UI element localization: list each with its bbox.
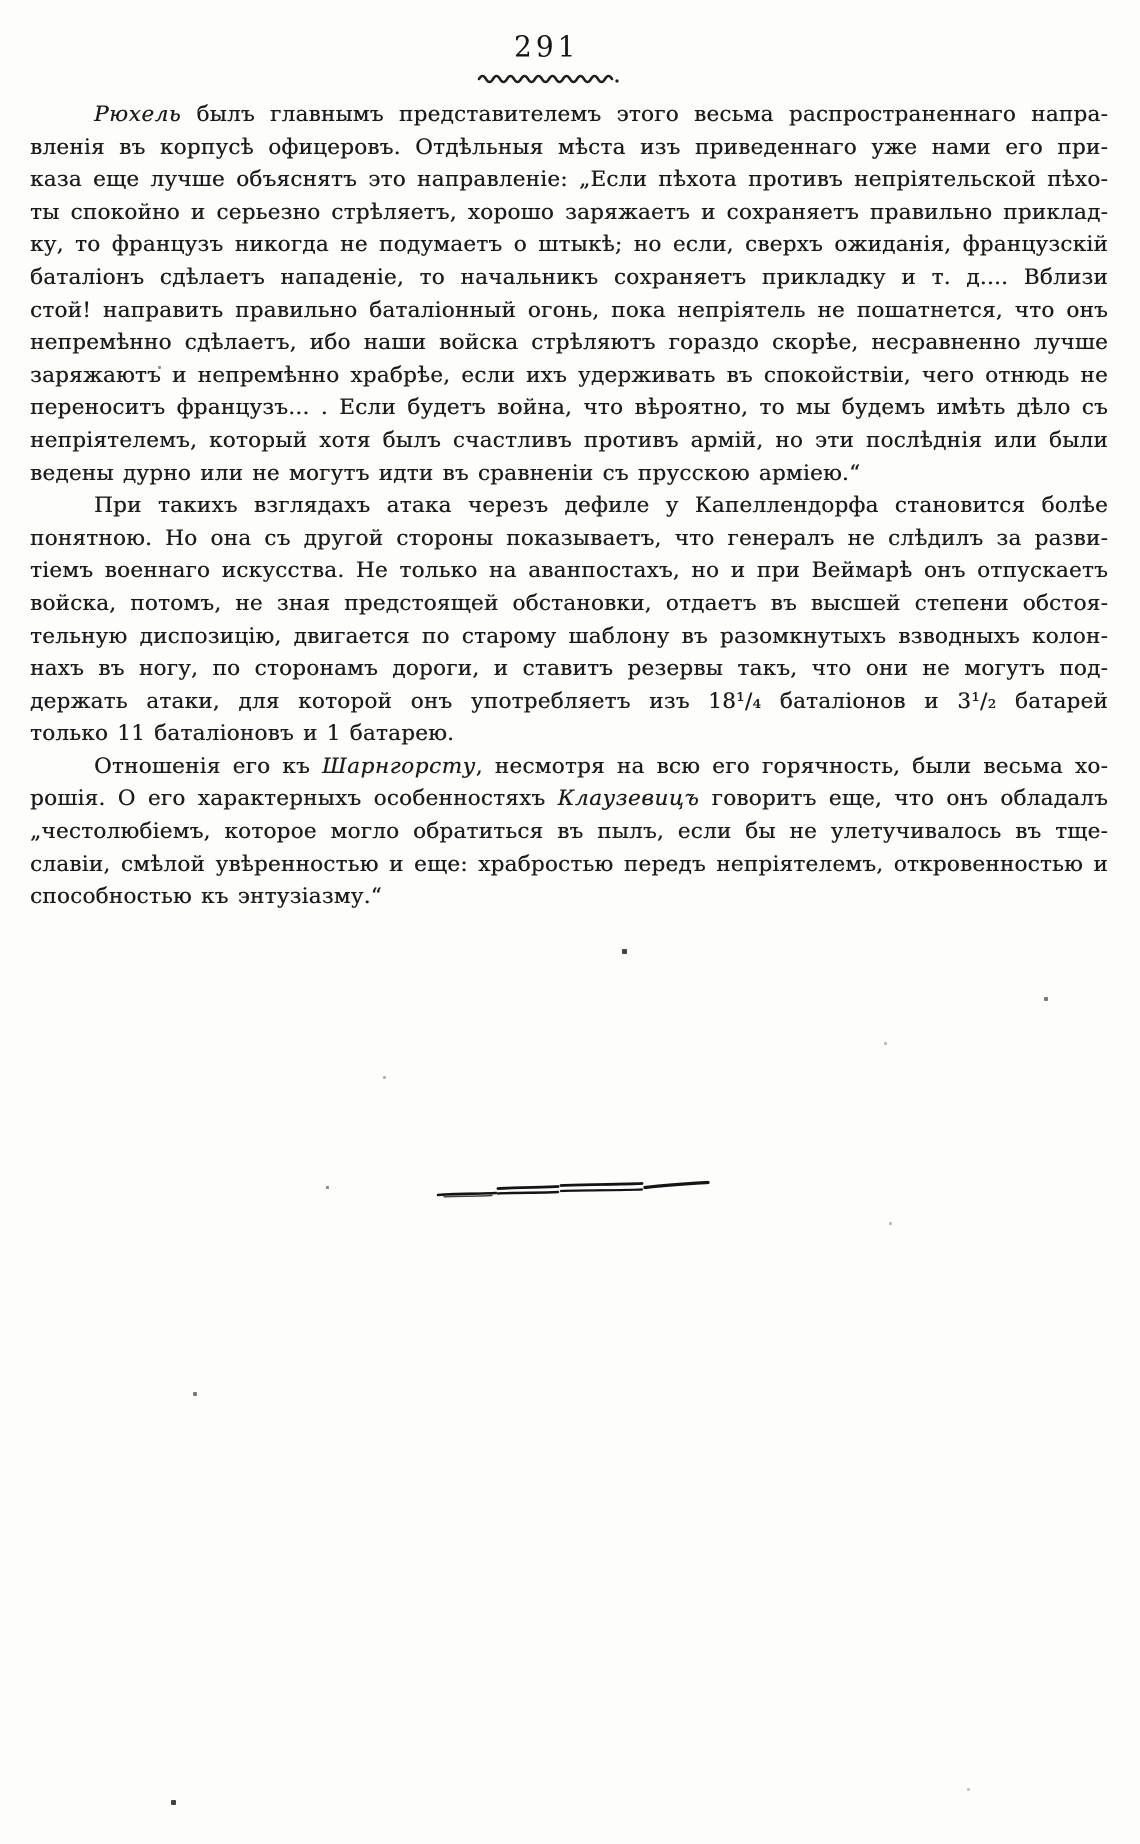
- text-line: каза еще лучше объяснятъ это направленіе…: [30, 164, 1108, 197]
- scan-speck: [158, 366, 161, 369]
- scan-speck: [171, 1800, 176, 1805]
- book-page-scan: 291 Рюхель былъ главнымъ представителемъ…: [0, 0, 1140, 1844]
- text-run: рошія. О его характерныхъ особенностяхъ: [30, 786, 558, 811]
- text-run: былъ главнымъ представителемъ этого весь…: [181, 102, 1108, 127]
- italic-run: Клаузевицъ: [558, 786, 700, 811]
- section-end-rule: [434, 1178, 714, 1202]
- text-line: „честолюбіемъ, которое могло обратиться …: [30, 816, 1108, 849]
- text-run: „честолюбіемъ, которое могло обратиться …: [30, 819, 1108, 844]
- text-line: славіи, смѣлой увѣренностью и еще: храбр…: [30, 849, 1108, 882]
- text-run: тельную диспозицію, двигается по старому…: [30, 624, 1108, 649]
- text-run: , несмотря на всю его горячность, были в…: [476, 754, 1108, 779]
- text-line: тіемъ военнаго искусства. Не только на а…: [30, 555, 1108, 588]
- text-line: непріятелемъ, который хотя былъ счастлив…: [30, 425, 1108, 458]
- text-block: Рюхель былъ главнымъ представителемъ это…: [30, 99, 1108, 914]
- text-run: нахъ въ ногу, по сторонамъ дороги, и ста…: [30, 656, 1108, 681]
- italic-run: Рюхель: [94, 102, 181, 127]
- text-run: держать атаки, для которой онъ употребля…: [30, 689, 1108, 714]
- paragraph: Рюхель былъ главнымъ представителемъ это…: [30, 99, 1108, 490]
- text-run: способностью къ энтузіазму.“: [30, 884, 382, 909]
- text-line: Рюхель былъ главнымъ представителемъ это…: [30, 99, 1108, 132]
- text-line: тельную диспозицію, двигается по старому…: [30, 621, 1108, 654]
- text-run: переноситъ французъ... . Если будетъ вой…: [30, 395, 1108, 420]
- scan-speck: [967, 1788, 970, 1791]
- scan-speck: [622, 949, 627, 954]
- text-run: тіемъ военнаго искусства. Не только на а…: [30, 558, 1108, 583]
- paragraph: При такихъ взглядахъ атака черезъ дефиле…: [30, 490, 1108, 751]
- text-line: рошія. О его характерныхъ особенностяхъ …: [30, 783, 1108, 816]
- text-line: баталіонъ сдѣлаетъ нападеніе, то начальн…: [30, 262, 1108, 295]
- text-line: ку, то французъ никогда не подумаетъ о ш…: [30, 229, 1108, 262]
- text-line: вленія въ корпусѣ офицеровъ. Отдѣльныя м…: [30, 132, 1108, 165]
- text-line: переноситъ французъ... . Если будетъ вой…: [30, 392, 1108, 425]
- text-run: только 11 баталіоновъ и 1 батарею.: [30, 721, 454, 746]
- scan-speck: [383, 1076, 386, 1079]
- scan-speck: [889, 1222, 892, 1225]
- text-run: непремѣнно сдѣлаетъ, ибо наши войска стр…: [30, 330, 1108, 355]
- text-line: понятною. Но она съ другой стороны показ…: [30, 523, 1108, 556]
- text-line: стой! направить правильно баталіонный ог…: [30, 295, 1108, 328]
- text-line: способностью къ энтузіазму.“: [30, 881, 1108, 914]
- text-run: стой! направить правильно баталіонный ог…: [30, 298, 1108, 323]
- text-run: ты спокойно и серьезно стрѣляетъ, хорошо…: [30, 200, 1108, 225]
- paragraph: Отношенія его къ Шарнгорсту, несмотря на…: [30, 751, 1108, 914]
- text-line: При такихъ взглядахъ атака черезъ дефиле…: [30, 490, 1108, 523]
- text-line: держать атаки, для которой онъ употребля…: [30, 686, 1108, 719]
- page-number: 291: [514, 29, 579, 64]
- scan-speck: [1044, 997, 1048, 1001]
- text-run: При такихъ взглядахъ атака черезъ дефиле…: [94, 493, 1108, 518]
- text-line: только 11 баталіоновъ и 1 батарею.: [30, 718, 1108, 751]
- text-run: Отношенія его къ: [94, 754, 322, 779]
- text-run: заряжаютъ и непремѣнно храбрѣе, если ихъ…: [30, 363, 1108, 388]
- scan-speck: [326, 1186, 329, 1189]
- text-line: непремѣнно сдѣлаетъ, ибо наши войска стр…: [30, 327, 1108, 360]
- text-run: баталіонъ сдѣлаетъ нападеніе, то начальн…: [30, 265, 1108, 290]
- text-line: Отношенія его къ Шарнгорсту, несмотря на…: [30, 751, 1108, 784]
- text-line: войска, потомъ, не зная предстоящей обст…: [30, 588, 1108, 621]
- text-line: нахъ въ ногу, по сторонамъ дороги, и ста…: [30, 653, 1108, 686]
- scan-speck: [193, 1392, 197, 1396]
- text-run: говоритъ еще, что онъ обладалъ: [699, 786, 1108, 811]
- text-run: каза еще лучше объяснятъ это направленіе…: [30, 167, 1108, 192]
- scan-speck: [884, 1042, 887, 1045]
- text-run: ведены дурно или не могутъ идти въ сравн…: [30, 461, 860, 486]
- text-run: ку, то французъ никогда не подумаетъ о ш…: [30, 232, 1108, 257]
- text-run: славіи, смѣлой увѣренностью и еще: храбр…: [30, 852, 1108, 877]
- text-run: непріятелемъ, который хотя былъ счастлив…: [30, 428, 1108, 453]
- text-line: ты спокойно и серьезно стрѣляетъ, хорошо…: [30, 197, 1108, 230]
- text-line: ведены дурно или не могутъ идти въ сравн…: [30, 458, 1108, 491]
- text-run: вленія въ корпусѣ офицеровъ. Отдѣльныя м…: [30, 135, 1108, 160]
- text-run: понятною. Но она съ другой стороны показ…: [30, 526, 1108, 551]
- italic-run: Шарнгорсту: [322, 754, 476, 779]
- squiggle-ornament: [477, 70, 627, 86]
- text-line: заряжаютъ и непремѣнно храбрѣе, если ихъ…: [30, 360, 1108, 393]
- text-run: войска, потомъ, не зная предстоящей обст…: [30, 591, 1108, 616]
